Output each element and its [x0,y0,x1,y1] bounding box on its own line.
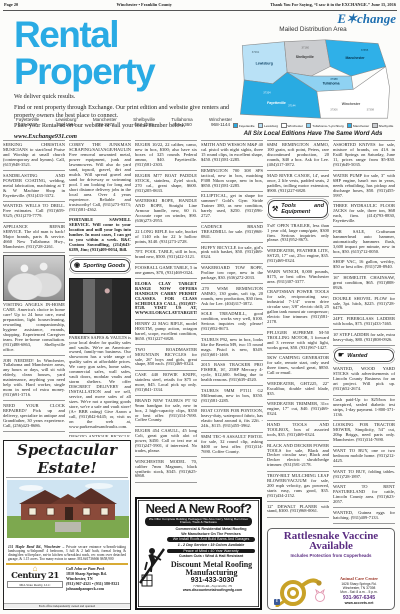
classified-ad: 7FT. POOL TABLE, still in box, brand new… [135,248,197,264]
local-phone-table: Fayetteville 433-9737 Lewisburg 359-1994… [16,117,232,127]
roofing-display-ad: Need A New Roof? We Offer Complete Build… [135,497,262,610]
classified-ad: 12" DEWALT PLANER with stand, $300. (931… [267,502,329,518]
roof-website: www.discountmetalroofingmfg.com [165,588,260,592]
clinic-phone: 931-967-6345 [327,595,391,602]
classified-ad: APPLIANCE REPAIR SERVICE. The old man is… [3,223,65,253]
roofer-illustration [139,529,165,587]
vaccine-contact-block: Animal Care Center 1628 Sharp Springs Rd… [327,576,391,606]
estate-house-photo [7,480,129,538]
classified-ad: WEEDEATER TRIMMER, 31cc engine, 17" cut,… [267,400,329,421]
classified-ad: 22 LONG RIFLE for sale, bucket of 1140 r… [135,227,197,248]
facebook-icon: f [274,599,280,605]
roof-ad-line: 1 - 2 Day Service • 19 Colors Available [167,543,255,548]
classified-ad: WANTED, conversion van, gently used. (93… [333,524,395,525]
vaccine-ad-subtitle: Includes Protection from Copperheads [268,553,394,558]
century21-logo: ⌂ Century 21 Mid-State Realty, LLC [7,566,63,591]
estate-contact-website: johnandpampeck.com [66,586,127,591]
classified-ad: WEEDEATER, GHT225, 22" Excalibur, double… [267,379,329,400]
legend-swatch [306,123,311,128]
edition-name: Winchester • Franklin County [117,2,172,7]
local-phone-entry: Tullahoma 455-1360 [171,117,192,127]
map-label-shelbyville: Shelbyville [295,55,313,59]
page-title: Rental Property [14,16,230,90]
classified-ad: COREY THE JUNKMAN SCRAPING/SALVAGE/HAULI… [69,140,131,216]
classified-ad: CADENCE BRAND TREADMILL for sale. (931)9… [201,223,263,244]
map-label-tullahoma: Tullahoma [322,82,339,86]
roof-ad-line: Commercial & Residential Metal Roofing [167,527,255,532]
section-header: ☛ Wanted [334,349,394,362]
classified-ad: LOOKING FOR TRACTOR MOWER, Simplicity, 5… [333,421,395,447]
map-legend: Fayetteville Lewisburg Winchester Tullah… [230,123,396,128]
map-legend-entry: Fayetteville [233,123,255,128]
classified-ad: CASE 440 BOWIE KNIFE, stainless steel, r… [135,371,197,397]
vaccine-ad-title: Rattlesnake Vaccine Available [268,531,394,552]
classified-ad: WANTED, WOOD YARD STICKS with advertisem… [333,365,395,395]
classified-ad: BLACK AND DECKER POWER TOOLS for sale, B… [267,441,329,471]
estate-ad-title: Spectacular Estate! [6,441,128,478]
legend-swatch [258,123,263,128]
classified-ad: SHOP VAC, 16 gallon, wet/dry, $50 or bes… [333,258,395,274]
classified-ad: 5KW CAMPING GENERATOR for sale, remote s… [267,354,329,380]
classified-ad: WINCHESTER MODEL 70, caliber 7mm Magnum,… [135,457,197,483]
map-legend-entry: Lewisburg [258,123,279,128]
photo-ad-caption: PARKER'S SAFES & VAULTS is your local de… [69,336,131,430]
legend-label: Tullahoma / Lynchburg [312,124,343,128]
classified-ad: REMINGTON 700 308 SPS tactical, new in b… [201,167,263,193]
distribution-area-map: Lewisburg Shelbyville Manchester Tullaho… [231,34,396,122]
classified-ad: ELORA CLAY TARGET RANGE NOW OFFERS HANDG… [135,279,197,319]
classified-ad: BOAT COVER FOR PONTOON, heavy-duty, wate… [201,407,263,433]
map-zip: 37144 [288,104,296,108]
exchange-website-url: www.Exchange931.com [14,133,230,140]
classified-ad: 6MM REMINGTON AMMO, 100 grain, soft poin… [267,140,329,171]
section-icon: ⚒ [272,206,278,213]
map-title: Mailed Distribution Area [230,26,396,33]
legend-swatch [372,123,377,128]
classified-ad: TROY-BILT MULCHING LEAF BLOWER/VACUUM fo… [267,472,329,502]
legend-swatch [281,123,286,128]
phone-number: 684-1285 [133,122,155,127]
classified-ad: 9MM TEC-9 ASSAULT PISTOL for sale, 32 ro… [201,433,263,459]
phone-number: 433-9737 [16,122,39,127]
section-icon: ☛ [338,352,344,359]
map-zip: 37306 [330,108,338,112]
classified-column-6: ASSORTED KNIVES for sale, mixture of bra… [333,140,395,525]
classified-ad: .270 WSM REMINGTON AMMO, 130 grain, soft… [201,284,263,310]
section-label: Wanted [347,353,367,359]
classified-ad: SANDBLASTING AND POWDER COATING, welding… [3,171,65,201]
map-zip: 37160 [301,45,309,49]
classified-ad: RUGER 10/22, 22 caliber, camo, new in bo… [135,140,197,171]
map-zip: 37388 [330,77,338,81]
photo-ad-caption: VISITING ANGELS IN-HOME CARE. America's … [3,303,65,352]
map-label-lewisburg: Lewisburg [255,62,272,66]
ad-photo [69,278,131,334]
map-legend-entry: Winchester [281,123,303,128]
photo-classified-ad: VISITING ANGELS IN-HOME CARE. America's … [3,253,65,356]
classified-ad: TAURUS P92, new in box, looks like the B… [201,335,263,361]
legend-swatch [347,123,352,128]
section-header: ◉ Sporting Goods [70,259,130,272]
classified-column-2: COREY THE JUNKMAN SCRAPING/SALVAGE/HAULI… [69,140,131,437]
classified-ad: PORTABLE SAWMILL SERVICE. Will come to y… [69,216,131,256]
clinic-website: www.accvets.net [327,601,391,606]
roof-ad-banner: We Offer Complete Building Packages! We … [145,517,252,526]
estate-display-ad: Spectacular Estate! 151 Maple Bend Rd., … [3,440,131,610]
classified-ad: BRAND NEW TAURUS PT 92 9mm handgun for s… [135,396,197,426]
local-phone-entry: Fayetteville 433-9737 [16,117,39,127]
classified-ad: TWO ROADMASTER MOUNTAIN BICYCLES for sal… [135,345,197,371]
classified-ad: TAURUS 9MM PT111 G2 Millennium, new in b… [201,386,263,407]
local-phone-entry: Shelbyville 684-1285 [133,117,155,127]
classified-ad: DOUBLE SHOVEL PLOW for sale, 3pt. hitch,… [333,294,395,315]
map-zip: 37355 [360,48,368,52]
estate-contact-phone: (931) 967-4321 • (931) 580-8321 [66,581,127,586]
slogan-date: Thank You For Saying, “I saw it in the E… [270,2,396,7]
estate-contact-block: Call John or Pam Peck 1810 Sharp Springs… [63,566,127,591]
estate-disclaimer: Each office independently owned and oper… [4,603,130,608]
classified-ad: ASSORTED KNIVES for sale, mixture of bra… [333,140,395,171]
classified-ad: PFLUGER SUPREME M-50 TROLLING MOTOR, 3 f… [267,328,329,354]
map-label-fayetteville: Fayetteville [267,101,286,105]
section-icon: ◉ [74,262,80,269]
legend-label: Manchester [353,124,369,128]
local-phone-entry: Lewisburg 359-1994 [56,117,77,127]
classified-ad: HAND TOOLS AND TOOLBOX, box of assorted … [267,421,329,442]
classified-ad: CRAFTSMAN POWER TOOLS for sale, reciproc… [267,288,329,328]
pet-logo-icon [314,589,326,603]
classified-ad: HENRY 22 MAG RIFLE, model H001TM, pump a… [135,320,197,346]
classified-ad: FOR SALE, Craftsman hammerhead auto hamm… [333,227,395,257]
section-header: ⚒ Tools and Equipment [268,200,328,218]
legend-label: Shelbyville [379,124,394,128]
classified-column-3: RUGER 10/22, 22 caliber, camo, new in bo… [135,140,197,494]
classified-ad: RUGER 454 CASULL, 45 long Colt, great gu… [135,427,197,457]
phone-number: 359-1994 [56,122,77,127]
page-number: Page 20 [4,2,18,7]
classified-ad: 10' STEP LADDER for sale, extra heavy-du… [333,330,395,346]
classified-ad: 5'x8' OPEN TRAILER, less than 1 year old… [267,221,329,247]
roof-ad-line: We Manufacture On The Premises [167,532,255,537]
phone-number: 968-1144 [209,122,232,127]
photo-classified-ad: PARKER'S SAFES & VAULTS is your local de… [69,275,131,433]
roof-company-name: Discount Metal Roofing Manufacturing [165,561,258,577]
estate-ad-description: 151 Maple Bend Rd., Winchester – Private… [8,545,126,562]
classified-ad: RUGER M77 BOAT PADDLE STOCK, stainless, … [135,171,197,197]
map-zip: 37091 [251,50,259,54]
classified-ad: WANT TO RENT PASTURELAND for cattle, Lin… [333,483,395,509]
classified-ad: FOOSBALL GAME TABLE, 5 in one games, $70… [135,264,197,280]
classified-ad: SOLE TREADMILL, good condition, works ve… [201,310,263,336]
classified-ad: WANTED, Guinea eggs for hatching. (931)4… [333,508,395,524]
classified-ad: WANT TO BUY, folding tables. (931)728-18… [333,467,395,483]
local-phone-entry: Winchester 968-1144 [209,117,232,127]
newspaper-page: Page 20 Winchester • Franklin County Tha… [0,0,400,614]
legend-label: Lewisburg [264,124,278,128]
legend-label: Fayetteville [239,124,255,128]
vaccine-display-ad: Rattlesnake Vaccine Available Includes P… [267,528,395,610]
roof-ad-line: Peace of Mind • 40 Year Warranty [167,549,255,554]
map-zip: 37334 [263,90,271,94]
map-legend-entry: Manchester [347,123,370,128]
classified-ad: DESOTO ANTIQUE BICYCLE, rare find, very … [69,433,131,437]
classified-ad: 2015 BASS TRACKER PRO FISHER, 16', 25HP … [201,361,263,387]
ad-photo [3,255,65,301]
phone-number: 728-3273 [93,122,117,127]
page-top-strip: Page 20 Winchester • Franklin County Tha… [4,2,396,7]
section-label: Tools and Equipment [281,203,324,215]
classified-ad: THREE HYDRAULIC FLOOR JACKS for sale, th… [333,202,395,228]
phone-number: 455-1360 [171,122,192,127]
map-legend-entry: Tullahoma / Lynchburg [306,123,344,128]
roof-ad-line: We Install Roofs And Build Barns And Gar… [167,537,255,542]
classified-ad: WANT TO BUY, one or two bedroom mobile h… [333,447,395,468]
classified-ad: 24FT. FIBERGLASS LADDER with hooks, $75.… [333,315,395,331]
classified-ad: WANTED: WELLS TO DRILL. Free estimates. … [3,202,65,223]
classified-ad: 16" HOMELITE CHAINSAW, great condition, … [333,274,395,295]
realty-name: Mid-State Realty, LLC [7,581,63,588]
intro-line: We deliver quick results. [14,93,230,101]
masthead-right: E✶change Mailed Distribution Area Lewisb… [230,12,396,137]
century21-brand: Century 21 [7,572,63,581]
classified-ad: WEEDEATER, FEATHER LITE, SST25, 17" cut,… [267,247,329,268]
roof-phone: 931-433-3030 [165,577,260,585]
legend-label: Winchester [288,124,303,128]
roof-ad-title: Need A New Roof? [137,502,260,516]
classified-ad: NEED YOUR CLOCK REPAIRED? Pick up and de… [3,401,65,431]
map-label-winchester: Winchester [341,102,360,106]
classified-column-1: SEEKING CHRISTIAN MUSICIANS to start/lea… [3,140,65,437]
section-label: Sporting Goods [83,263,125,269]
gold-divider [6,563,128,565]
classified-ad: WAKEBOARD TOW ROPE, Proline tow rope, ne… [201,264,263,285]
classified-ad: MAD RIVER CANOE, 14', used once, 2 life … [267,171,329,197]
exchange-logo: E✶change [230,12,396,25]
classified-ad: JOB NEEDED! In Winchester, Tullahoma and… [3,356,65,401]
map-label-manchester: Manchester [345,56,365,60]
classified-column-5: 6MM REMINGTON AMMO, 100 grain, soft poin… [267,140,329,525]
classified-column-4: SMITH AND WESSON M&P 40 cal. pistol with… [201,140,263,494]
classified-ad: SEEKING CHRISTIAN MUSICIANS to start/lea… [3,140,65,171]
classified-ad: SMITH AND WESSON M&P 40 cal. pistol with… [201,140,263,167]
classified-ad: WATER PUMP for sale, 3" with 6HP engine,… [333,171,395,201]
legend-swatch [233,123,238,128]
classified-ad: WATERSKI ROPE, HANDLE AND ROPE, Straight… [135,197,197,227]
roof-ad-line: Custom Cuts • Wind & Hail Resistant [167,554,255,559]
classified-ad: WARN WINCH, 8,000 pounds, $175, or best … [267,267,329,288]
classified-ad: Cash paid-Up to $25/box for unexpired, s… [333,396,395,422]
classified-ad: HUFFY BICYCLE for sale, girl's pink with… [201,243,263,264]
classified-ad: ELLIPTICAL, get in shape for summer? Gol… [201,192,263,222]
map-zip: 37398 [366,108,374,112]
local-phone-entry: Manchester 728-3273 [93,117,117,127]
map-legend-entry: Shelbyville [372,123,393,128]
map-footer-note: All Six Local Editions Have The Same Wor… [230,130,396,137]
